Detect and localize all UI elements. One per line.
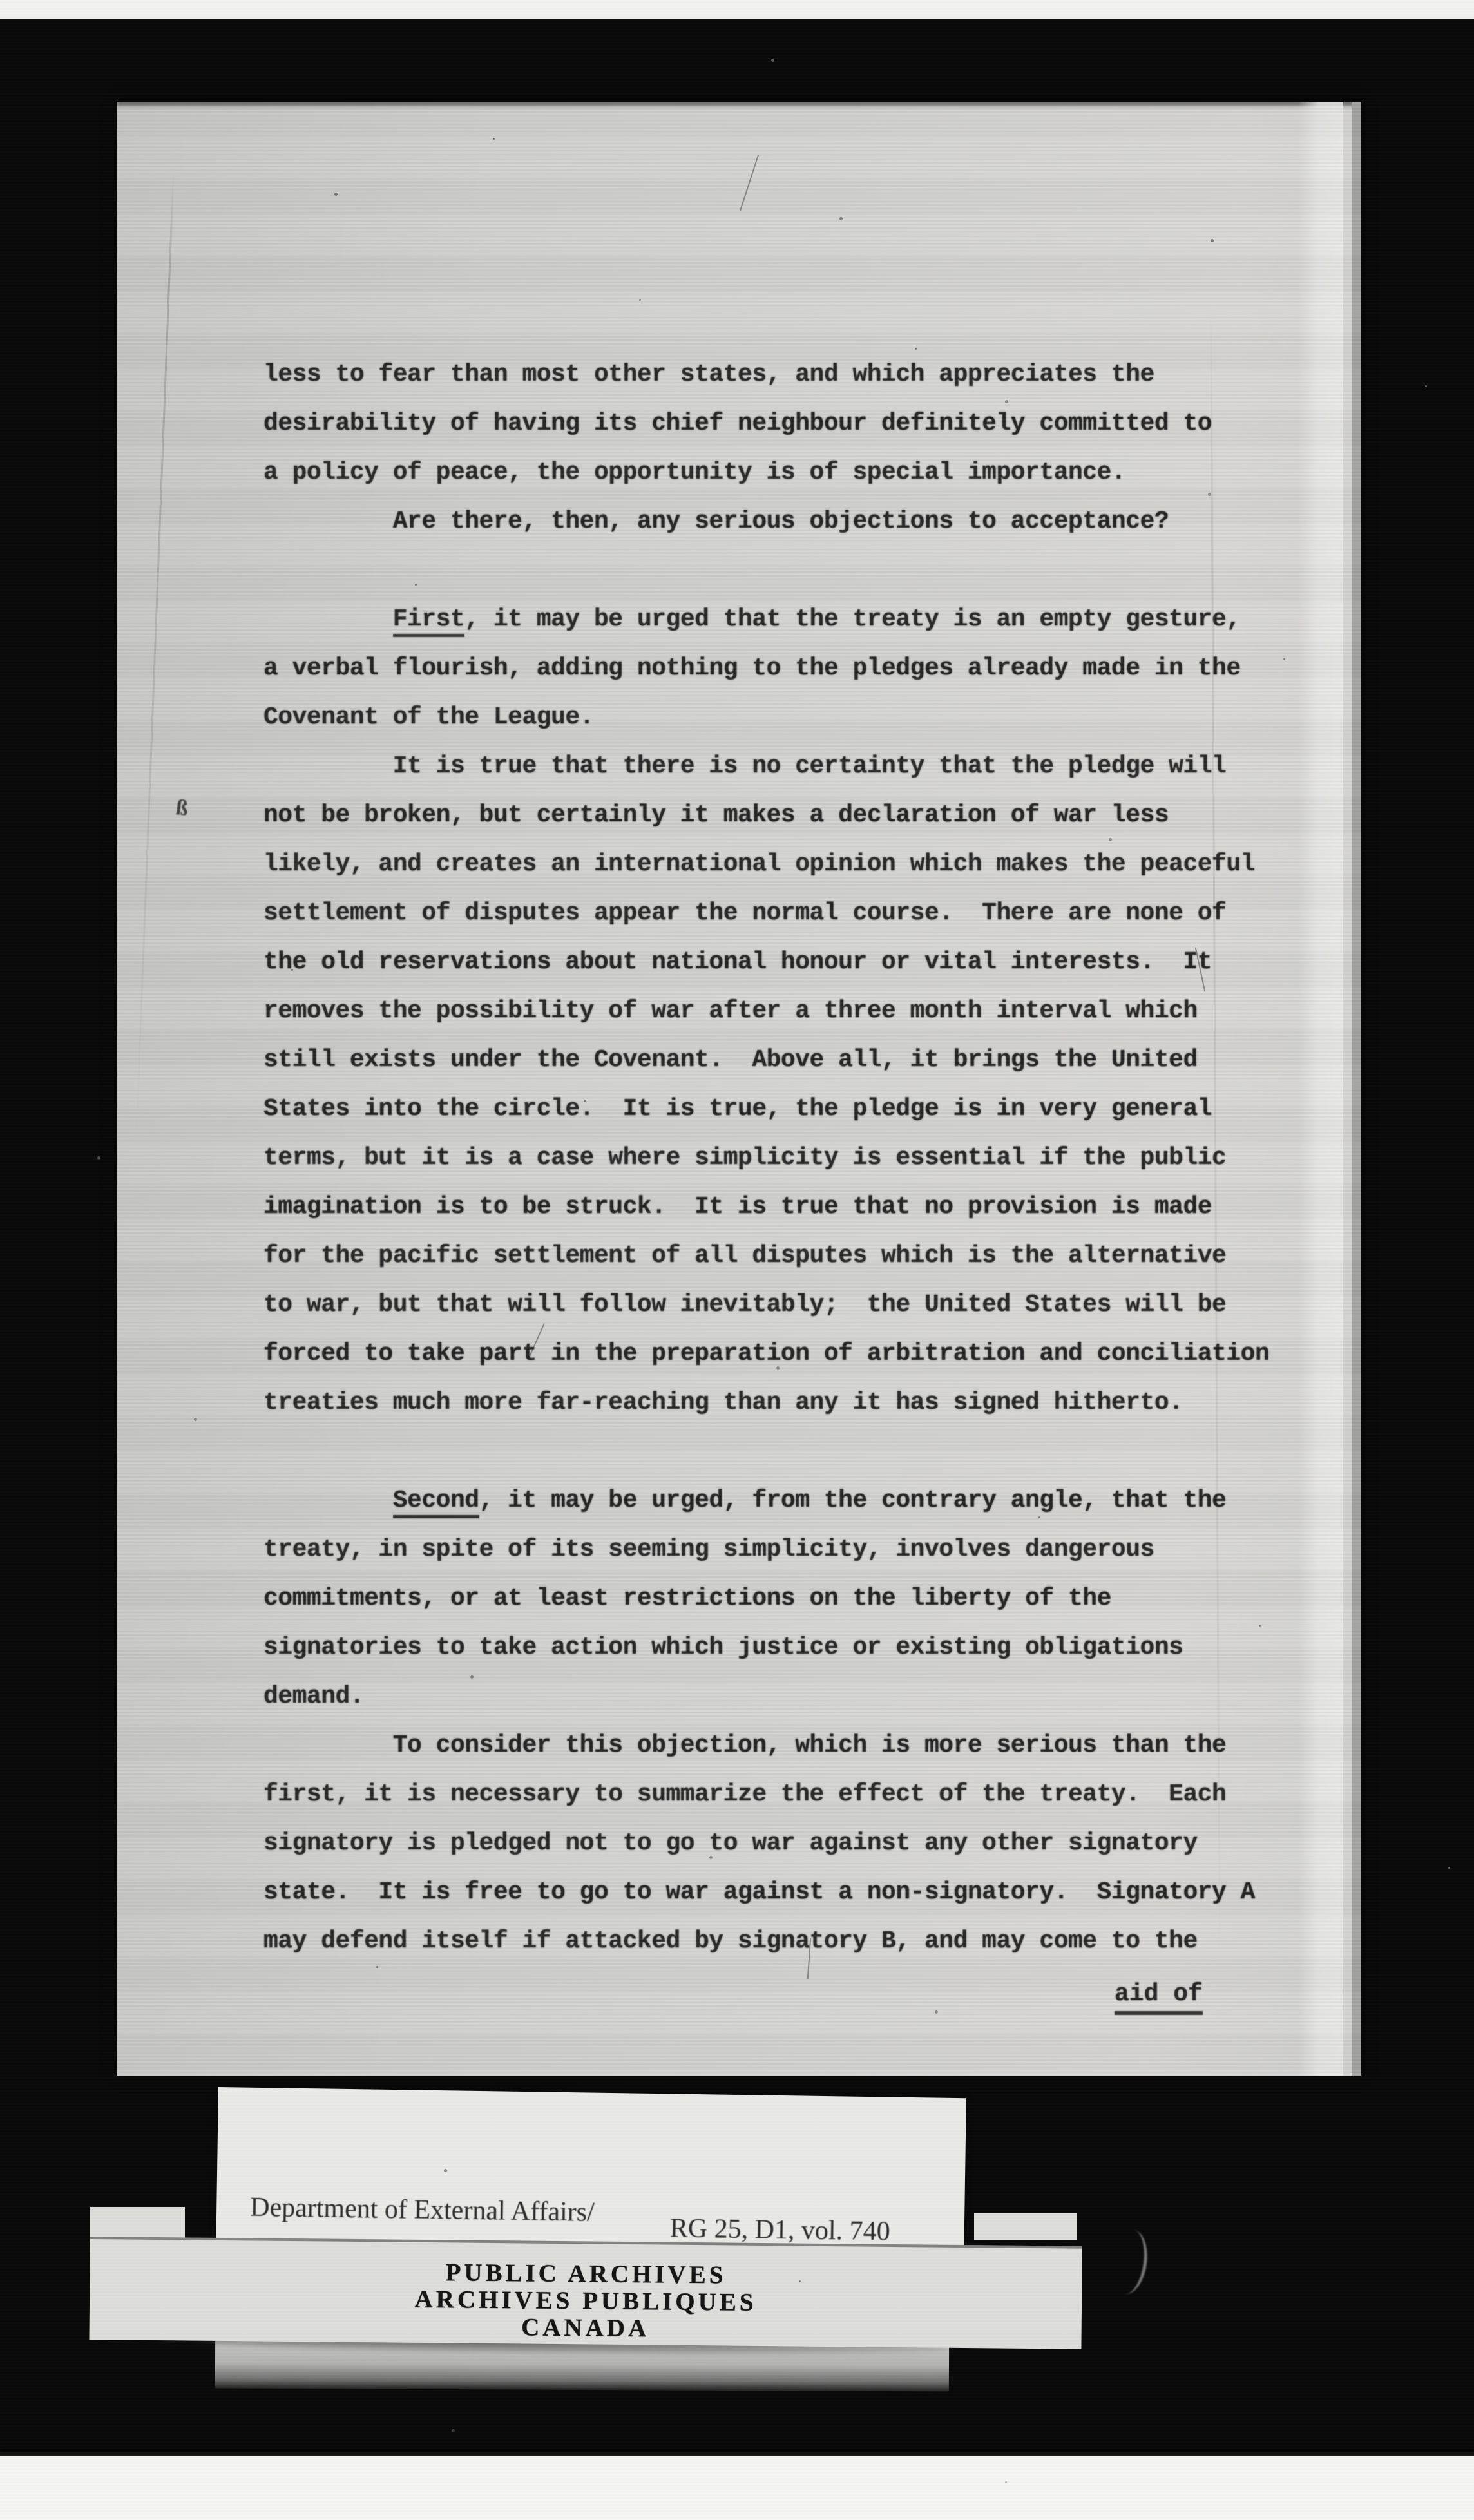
paragraph: Are there, then, any serious objections … xyxy=(263,497,1359,546)
typed-line: States into the circle. It is true, the … xyxy=(263,1085,1359,1134)
paragraph: Second, it may be urged, from the contra… xyxy=(263,1476,1359,1721)
typed-line: signatories to take action which justice… xyxy=(263,1623,1359,1672)
typed-line: less to fear than most other states, and… xyxy=(263,350,1359,399)
typed-line: to war, but that will follow inevitably;… xyxy=(263,1281,1359,1330)
typed-line: first, it is necessary to summarize the … xyxy=(263,1770,1359,1819)
typed-line: signatory is pledged not to go to war ag… xyxy=(263,1819,1359,1868)
banner-right-tab xyxy=(974,2213,1077,2240)
dust-specks-light xyxy=(0,0,2,2)
typed-line: a verbal flourish, adding nothing to the… xyxy=(263,644,1359,693)
paragraph: It is true that there is no certainty th… xyxy=(263,742,1359,1427)
typed-line: Covenant of the League. xyxy=(263,693,1359,742)
typed-line: demand. xyxy=(263,1672,1359,1721)
typed-line: imagination is to be struck. It is true … xyxy=(263,1183,1359,1232)
typed-line: To consider this objection, which is mor… xyxy=(263,1721,1359,1770)
margin-mark: ß xyxy=(175,796,189,821)
left-crease-line xyxy=(135,169,175,1135)
typed-line: It is true that there is no certainty th… xyxy=(263,742,1359,791)
typed-line: may defend itself if attacked by signato… xyxy=(263,1917,1359,1966)
paragraph: To consider this objection, which is mor… xyxy=(263,1721,1359,1966)
paragraph: less to fear than most other states, and… xyxy=(263,350,1359,497)
typed-line: still exists under the Covenant. Above a… xyxy=(263,1036,1359,1085)
typed-line: for the pacific settlement of all disput… xyxy=(263,1232,1359,1281)
typed-line: likely, and creates an international opi… xyxy=(263,840,1359,889)
typed-line: desirability of having its chief neighbo… xyxy=(263,399,1359,448)
underlined-word: Second xyxy=(393,1487,479,1518)
typed-line: removes the possibility of war after a t… xyxy=(263,987,1359,1036)
typed-line: state. It is free to go to war against a… xyxy=(263,1868,1359,1917)
typed-line: not be broken, but certainly it makes a … xyxy=(263,791,1359,840)
microfilm-frame: { "palette": { "film_black": "#090909", … xyxy=(0,0,1474,2520)
archive-reference-label: Department of External Affairs/ Ministèr… xyxy=(216,2087,966,2254)
typed-line: commitments, or at least restrictions on… xyxy=(263,1574,1359,1623)
banner-left-tab xyxy=(90,2207,185,2240)
stray-scribble-mark xyxy=(1113,2228,1151,2296)
paragraph: First, it may be urged that the treaty i… xyxy=(263,595,1359,742)
typed-line: treaty, in spite of its seeming simplici… xyxy=(263,1525,1359,1574)
typed-line: forced to take part in the preparation o… xyxy=(263,1330,1359,1379)
typed-line: a policy of peace, the opportunity is of… xyxy=(263,448,1359,497)
typed-line: terms, but it is a case where simplicity… xyxy=(263,1134,1359,1183)
catchword: aid of xyxy=(1115,1980,1203,2015)
public-archives-banner: PUBLIC ARCHIVES ARCHIVES PUBLIQUES CANAD… xyxy=(89,2237,1082,2349)
department-line-en: Department of External Affairs/ xyxy=(250,2188,616,2233)
document-page: less to fear than most other states, and… xyxy=(117,102,1361,2076)
typed-line: First, it may be urged that the treaty i… xyxy=(263,595,1359,644)
film-strip-top xyxy=(0,0,1474,19)
typed-line: treaties much more far-reaching than any… xyxy=(263,1379,1359,1427)
typed-line: the old reservations about national hono… xyxy=(263,938,1359,987)
typed-line: settlement of disputes appear the normal… xyxy=(263,889,1359,938)
typed-line: Second, it may be urged, from the contra… xyxy=(263,1476,1359,1525)
typed-line: Are there, then, any serious objections … xyxy=(263,497,1359,546)
typed-text: less to fear than most other states, and… xyxy=(263,350,1359,1966)
underlined-word: First xyxy=(393,606,465,637)
film-strip-bottom xyxy=(0,2452,1474,2520)
